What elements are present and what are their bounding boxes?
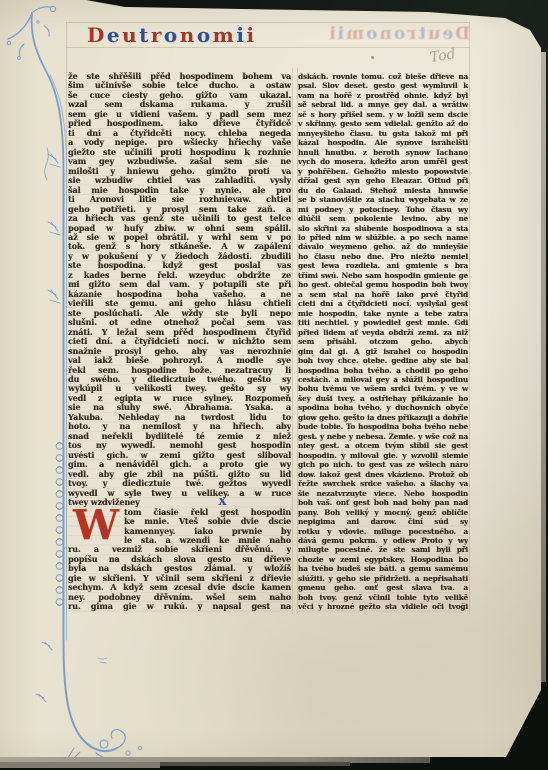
title-letter: i — [236, 23, 244, 47]
text-line: znáti. Y ležal sem přěd hospodinem čtyři… — [68, 328, 291, 337]
text-line: ru. a vezmiž sobie skřieni dřěvěnú. y — [68, 545, 291, 554]
text-line: uvésti gich. w zemi gižto gest sliboval — [68, 451, 291, 460]
text-line: ney. podobney dřěvním. wšel sem naho — [68, 593, 291, 602]
ruling-line — [469, 22, 470, 614]
ruling-line — [292, 68, 293, 614]
book-edge — [0, 762, 160, 768]
text-line: ste hospodina. když gest poslal vas — [68, 261, 291, 270]
text-line: z kades berne řekl. wzeyduc obdržte ze — [68, 271, 291, 280]
text-line: přied lidem ať veyda obdrží zemi. za niž — [298, 328, 468, 337]
title-letter: n — [180, 23, 195, 47]
title-letter: u — [428, 24, 440, 44]
text-line: slo skřini za slúbenie hospodinova a sta — [298, 224, 468, 233]
text-line: rotku y vdovie. miluge pocestného. a — [298, 527, 468, 536]
text-line: v skřinny. gesto sem vdielal. genžto až … — [298, 119, 468, 128]
text-line: snažnie prosyl geho. aby vas nerozhnie — [68, 347, 291, 356]
text-line: geho potřieti. y prosyl sem take zaň. a — [68, 205, 291, 214]
text-line: lo přied nim w slúžbie. a po sech name — [298, 233, 468, 242]
text-line: gmenu geho. onť gest slava tva. a — [298, 583, 468, 592]
text-line: šim učinivše sobie telce ducho. a ostaw — [68, 81, 291, 90]
text-line: ho čiasu nebo dne. Pro niežto nemiel — [298, 252, 468, 261]
title-letter: i — [329, 24, 335, 44]
title-letter: r — [407, 24, 416, 44]
text-line: titi nechtiel. y powiediel gest mnie. Gd… — [298, 318, 468, 327]
text-line: še cuce ciesty geho. gižto vam ukazal. — [68, 91, 291, 100]
text-line: ti dni a čtyřidcěti nocy. chleba negeda — [68, 129, 291, 138]
text-line: třími swú. Nebo sam hospodin gmienie ge — [298, 271, 468, 280]
decorated-initial: W — [68, 508, 124, 546]
text-line: wzal sem dskama rukama. y zrušil — [68, 100, 291, 109]
text-line: wyvedl w syle twey u velikey. a w ruce — [68, 489, 291, 498]
text-line: dskách. rovnie tomu. což bieše dřieve na — [298, 72, 468, 81]
text-line: bude tobie. To hospodina boha tvého nebe — [298, 422, 468, 431]
text-line: za hřiech vas genž ste učinili to gest t… — [68, 214, 291, 223]
title-letter: m — [213, 23, 234, 47]
text-line: byla na dskách gestos zlámal. y wložíš — [68, 564, 291, 573]
text-line: sě sebral lid. a mnye gey dal. a wrátiw — [298, 100, 468, 109]
text-line: wykúpil u velikosti twey. gešto sy wy — [68, 384, 291, 393]
text-line: tok. genž s hory stkáneše. A w zapálení — [68, 242, 291, 251]
text-line: gich po nich. to gest vas ze wšiech náro — [298, 460, 468, 469]
text-line: věci y hrozné gežto sta vidiele oči tvoğ… — [298, 602, 468, 611]
text-line: milošti y hniewu geho. gimžto proti va — [68, 167, 291, 176]
text-line: dává gemu pokrm. y odiew Proto y wy — [298, 536, 468, 545]
text-line: milugte pocestné. že ste sami byli při — [298, 545, 468, 554]
text-line: mnyeyšieho čiasu. tu gsta iakož mi při — [298, 129, 468, 138]
text-line: tos ny wywedl. nemohl gest hospodin — [68, 441, 291, 450]
title-letter: e — [442, 24, 453, 44]
title-letter: D — [455, 24, 470, 44]
text-line: ste poslúchati. Ale wždy ste byli nepo — [68, 309, 291, 318]
text-line: popíšu na dskách slova gesto su dřieve — [68, 555, 291, 564]
text-line: hnuli hnutbu. z beroth synow Iachano — [298, 148, 468, 157]
column-left-continuation: ru. a vezmiž sobie skřieni dřěvěnú. ypop… — [68, 545, 291, 611]
text-line: kamennyey. iako prwnie by — [124, 527, 291, 536]
manuscript-photo: Deutronomii Deutronomii Tod — [0, 0, 548, 770]
text-line: chozie w zemi egyptskey. Hospodina bo — [298, 555, 468, 564]
text-line: popad w hufy zbiw. w ohni sem spálil. — [68, 224, 291, 233]
text-line: giežto ste učinili proti hospodinu k roz… — [68, 148, 291, 157]
text-line: kázanie hospodina boha vašeho. a ne — [68, 290, 291, 299]
text-line: hospodin. y miloval gie. y wzvolil siemi… — [298, 451, 468, 460]
text-line: šey duši tvey. a ostřiehay přikázanie ho — [298, 394, 468, 403]
text-line: až sie w popel obrátil. y wrhl sem v po — [68, 233, 291, 242]
column-left-paragraph: že ste shřěšili přěd hospodinem bohem va… — [68, 72, 291, 508]
text-line: ho gest. obiečal gemu hospodin boh twoy — [298, 280, 468, 289]
running-title-showthrough: Deutronomii — [300, 24, 470, 44]
text-line: y pohřěben. Gehožto miesto popowstvie — [298, 167, 468, 176]
text-line: le sta. a wzendi ke mnie naho — [124, 536, 291, 545]
text-line: ha tvého budeš sie báti. a gemu samému — [298, 564, 468, 573]
text-column-left: že ste shřěšili přěd hospodinem bohem va… — [68, 72, 291, 612]
text-line: a sem stal na hořě iako prvé čtyřid — [298, 290, 468, 299]
text-line: val iakž bieše pohrozyl. A modle sye — [68, 356, 291, 365]
text-line: y w pokušení y v žiedoch žádosti. zbudil… — [68, 252, 291, 261]
text-line: vam na hořě z prostřěd ohnie. když byl — [298, 91, 468, 100]
text-line: sě s hory přišel sem. y w ložil sem dsci… — [298, 110, 468, 119]
text-line: gest. y nebe y nebesa. Zemie. y wše což … — [298, 432, 468, 441]
text-line: hospodina boha tvého. a chodil po geho — [298, 366, 468, 375]
text-line: du do Galaad. Stehož miesta hnuwše — [298, 186, 468, 195]
text-line: mi podney y potociney. Toho čiasu wy — [298, 205, 468, 214]
title-letter: o — [164, 23, 177, 47]
text-line: tvoy. y diedicztuie twé. gežtos wyvedl — [68, 479, 291, 488]
title-letter: t — [418, 24, 426, 44]
text-line: boh vaš. onť gest boh nad bohy pan nad — [298, 498, 468, 507]
text-line: sem gie u vidieni vašem. y padl sem mez — [68, 110, 291, 119]
text-line: dow. iakož gest dnes vkázieno. Protož ob — [298, 470, 468, 479]
book-edge — [160, 762, 350, 766]
title-letter: t — [139, 23, 148, 47]
text-line: du swého. y diedicztuie twého. gešto sy — [68, 375, 291, 384]
chapter-numeral: X — [218, 498, 226, 506]
text-line: dlúčil sem pokolenie levino. aby ne — [298, 214, 468, 223]
running-title: Deutronomii — [87, 22, 257, 48]
text-line: cestách. a miloval gey a slúžil hospodin… — [298, 375, 468, 384]
text-line: řekl sem. hospodine bože. nezatracuy li — [68, 366, 291, 375]
text-line: pany. Boh veliký y mocný. genž oblíčie — [298, 508, 468, 517]
title-letter: D — [87, 23, 104, 47]
text-line: snad neřekli bydlitelé té zemie z niež — [68, 432, 291, 441]
text-line: sechym. A když sem zcesal dvie dscie kam… — [68, 583, 291, 592]
text-line: dřžal gest syn geho Eleazar. Ottud při — [298, 176, 468, 185]
text-line: řežte swrchek srdce vašeho. a šlachy va — [298, 479, 468, 488]
title-letter: e — [107, 23, 120, 47]
text-line: mi gižto sem dal vam. y potupili ste při — [68, 280, 291, 289]
title-letter: r — [151, 23, 162, 47]
text-line: a vody nepige. pro wšiecky hřiechy vaše — [68, 138, 291, 147]
text-line: šal mie hospodin take y nynie. ale pro — [68, 186, 291, 195]
text-line: bohu tvému ve wšem srdci tvém. y ve w — [298, 384, 468, 393]
text-line: sie wzbudiw chtiel vas zahladiti. vysly — [68, 176, 291, 185]
manuscript-page: Deutronomii Deutronomii Tod — [0, 0, 548, 770]
text-line: vedl z egipta w ruce sylney. Rozpomeň — [68, 394, 291, 403]
text-line: niey gest. a otcem tvým slíbil sie gest — [298, 441, 468, 450]
text-line: gim. a nenáviděl gich. a proto gie wy — [68, 460, 291, 469]
text-line: Yakuba. Nehleday na twrdost lidu to — [68, 413, 291, 422]
title-letter: i — [246, 23, 254, 47]
text-line: vedl. aby gie zbil na púšti. gižto su li… — [68, 470, 291, 479]
text-line: šie nezatvrzuyte viece. Nebo hospodin — [298, 489, 468, 498]
inscription-showthrough: Tod — [429, 46, 457, 66]
text-line: giow geho. gešto ia dnes přikazuji a dob… — [298, 413, 468, 422]
text-line: hoto. y na nemilost y na hřiech. aby — [68, 422, 291, 431]
text-line: ti Aronovi litie sie rozhnievaw. chtiel — [68, 195, 291, 204]
text-line: dávalo weymeno geho. až do mnieyšie — [298, 242, 468, 251]
title-letter: i — [338, 24, 344, 44]
text-line: vieřili ste gemu. ani geho hlásu chtieli — [68, 299, 291, 308]
text-column-right: dskách. rovnie tomu. což bieše dřieve na… — [298, 72, 468, 612]
chapter-opening: W tom čiasie řekl gest hospodinke mnie. … — [68, 508, 291, 546]
text-line: vych do mosera. kdežto aron umřěl gest — [298, 157, 468, 166]
title-letter: u — [122, 23, 137, 47]
text-line: cieti dní. a čtyřidcieti nocí. w nichžto… — [68, 337, 291, 346]
title-letter: n — [380, 24, 392, 44]
text-line: sem přisáhl. otczom geho. abych — [298, 337, 468, 346]
text-line: že ste shřěšili přěd hospodinem bohem va — [68, 72, 291, 81]
text-line: cieti dní a čtyřidcieti nocí. vyslyšal g… — [298, 299, 468, 308]
text-line: spodina boha tvého. y duchovních obyče — [298, 403, 468, 412]
text-line: nepigima ani darow. činí súd sy — [298, 517, 468, 526]
text-line: gie w skřieni. Y včinil sem skřieni z dř… — [68, 574, 291, 583]
title-letter: o — [197, 23, 210, 47]
book-edge-stack — [541, 52, 546, 682]
text-line: gest lewa rozdiela. ani gmienie s bra — [298, 261, 468, 270]
text-line: slúžiti. y geho sie přidržeti. a nepřisa… — [298, 574, 468, 583]
ink-speck — [371, 56, 374, 59]
text-line: gim dal gi. A giž israhel co hospodin — [298, 347, 468, 356]
text-line: mie hospodin. take nynie a tebe zatra — [298, 309, 468, 318]
title-letter: o — [394, 24, 405, 44]
text-line: přied hospodinem. iako dřieve čtyřidcě — [68, 119, 291, 128]
title-letter: o — [366, 24, 377, 44]
text-line: sie na sluhy swé. Abrahama. Ysaka. a — [68, 403, 291, 412]
text-line: tom čiasie řekl gest hospodin — [124, 508, 291, 517]
ruling-line — [66, 22, 67, 614]
text-line: boh tvoy. genž včinil tobie tyto velikě — [298, 593, 468, 602]
text-line: kázal hospodin. Ale synove israhelšti — [298, 138, 468, 147]
text-line: slušni. ot edne otnehož počal sem vas — [68, 318, 291, 327]
text-line: psal. Slov deset. gesto gest wymluvil k — [298, 81, 468, 90]
title-letter: m — [346, 24, 364, 44]
column-left-initial-lines: tom čiasie řekl gest hospodinke mnie. Vt… — [124, 508, 291, 546]
text-line: boh tvoy chce. otebe. gedine aby sie bal — [298, 356, 468, 365]
text-line: se b stanovištie za stachu wygebata w ze — [298, 195, 468, 204]
text-line: ke mnie. Vteš sobie dvie dscie — [124, 517, 291, 526]
text-line: ru. gima gie w rukú. y napsal gest na — [68, 602, 291, 611]
text-line: vam gey wzbudiwše. zašal sem sie ne — [68, 157, 291, 166]
text-line: twey wzdviženeyX — [68, 498, 291, 507]
